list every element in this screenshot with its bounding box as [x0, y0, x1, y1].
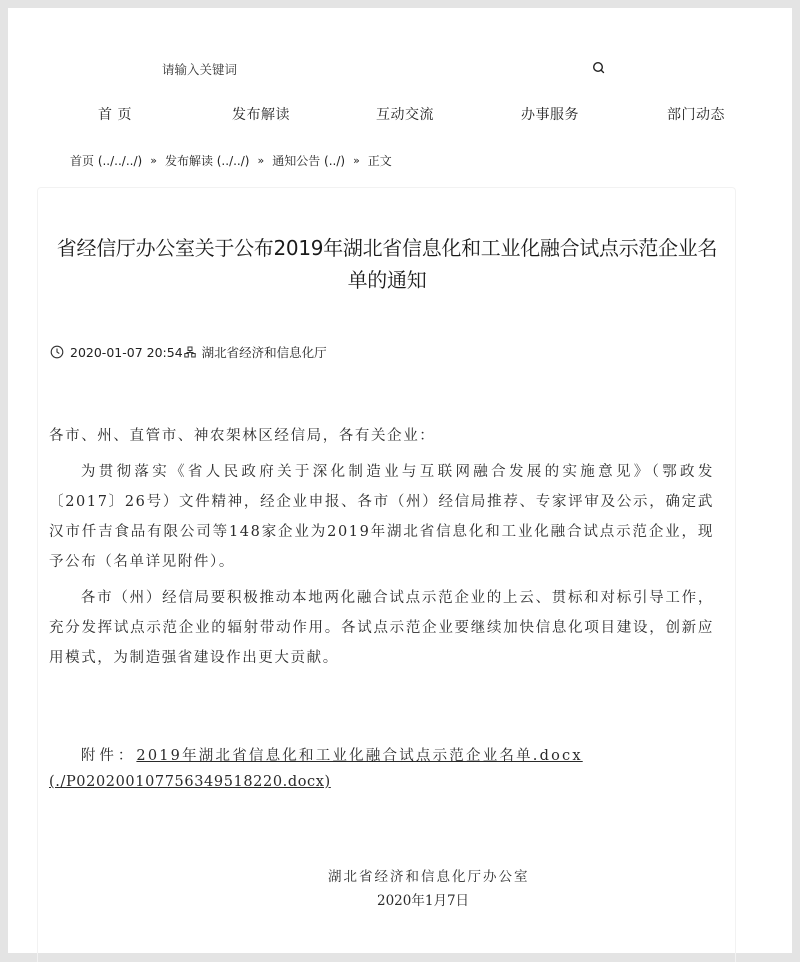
breadcrumb: 首页 (../../../) » 发布解读 (../../) » 通知公告 (.…	[70, 152, 392, 169]
page: 首 页 发布解读 互动交流 办事服务 部门动态 首页 (../../../) »…	[8, 8, 792, 953]
search-bar	[158, 56, 628, 82]
greeting: 各市、州、直管市、神农架林区经信局，各有关企业：	[49, 421, 714, 451]
breadcrumb-separator: »	[257, 154, 264, 167]
breadcrumb-current: 正文	[368, 152, 392, 169]
publish-datetime: 2020-01-07 20:54	[70, 345, 183, 360]
main-nav: 首 页 发布解读 互动交流 办事服务 部门动态	[8, 104, 792, 128]
clock-icon	[50, 345, 64, 359]
nav-item-home[interactable]: 首 页	[98, 104, 132, 124]
attachment-link[interactable]: 2019年湖北省信息化和工业化融合试点示范企业名单.docx	[136, 748, 582, 764]
search-icon	[592, 61, 606, 75]
signature-date: 2020年1月7日	[377, 888, 469, 914]
breadcrumb-home[interactable]: 首页 (../../../)	[70, 152, 142, 169]
breadcrumb-separator: »	[353, 154, 360, 167]
search-button[interactable]	[590, 60, 608, 78]
paragraph: 为贯彻落实《省人民政府关于深化制造业与互联网融合发展的实施意见》（鄂政发〔201…	[49, 457, 714, 577]
paragraph: 各市（州）经信局要积极推动本地两化融合试点示范企业的上云、贯标和对标引导工作，充…	[49, 583, 714, 673]
breadcrumb-separator: »	[150, 154, 157, 167]
signature-organization: 湖北省经济和信息化厅办公室	[328, 864, 530, 890]
org-icon	[184, 346, 196, 358]
article-body: 各市、州、直管市、神农架林区经信局，各有关企业： 为贯彻落实《省人民政府关于深化…	[49, 421, 714, 679]
nav-item-interaction[interactable]: 互动交流	[376, 104, 434, 124]
search-input[interactable]	[158, 56, 578, 82]
article-card: 省经信厅办公室关于公布2019年湖北省信息化和工业化融合试点示范企业名单的通知 …	[37, 187, 736, 962]
attachment-label: 附件：	[49, 748, 136, 764]
breadcrumb-notices[interactable]: 通知公告 (../)	[272, 152, 345, 169]
attachment: 附件：2019年湖北省信息化和工业化融合试点示范企业名单.docx (./P02…	[49, 743, 714, 795]
publish-source: 湖北省经济和信息化厅	[202, 343, 327, 361]
article-title: 省经信厅办公室关于公布2019年湖北省信息化和工业化融合试点示范企业名单的通知	[52, 232, 722, 296]
attachment-path-link[interactable]: (./P020200107756349518220.docx)	[49, 774, 331, 790]
nav-item-department-news[interactable]: 部门动态	[667, 104, 725, 124]
breadcrumb-release-interpretation[interactable]: 发布解读 (../../)	[165, 152, 250, 169]
nav-item-services[interactable]: 办事服务	[521, 104, 579, 124]
article-meta: 2020-01-07 20:54 湖北省经济和信息化厅	[50, 343, 327, 361]
nav-item-release-interpretation[interactable]: 发布解读	[232, 104, 290, 124]
